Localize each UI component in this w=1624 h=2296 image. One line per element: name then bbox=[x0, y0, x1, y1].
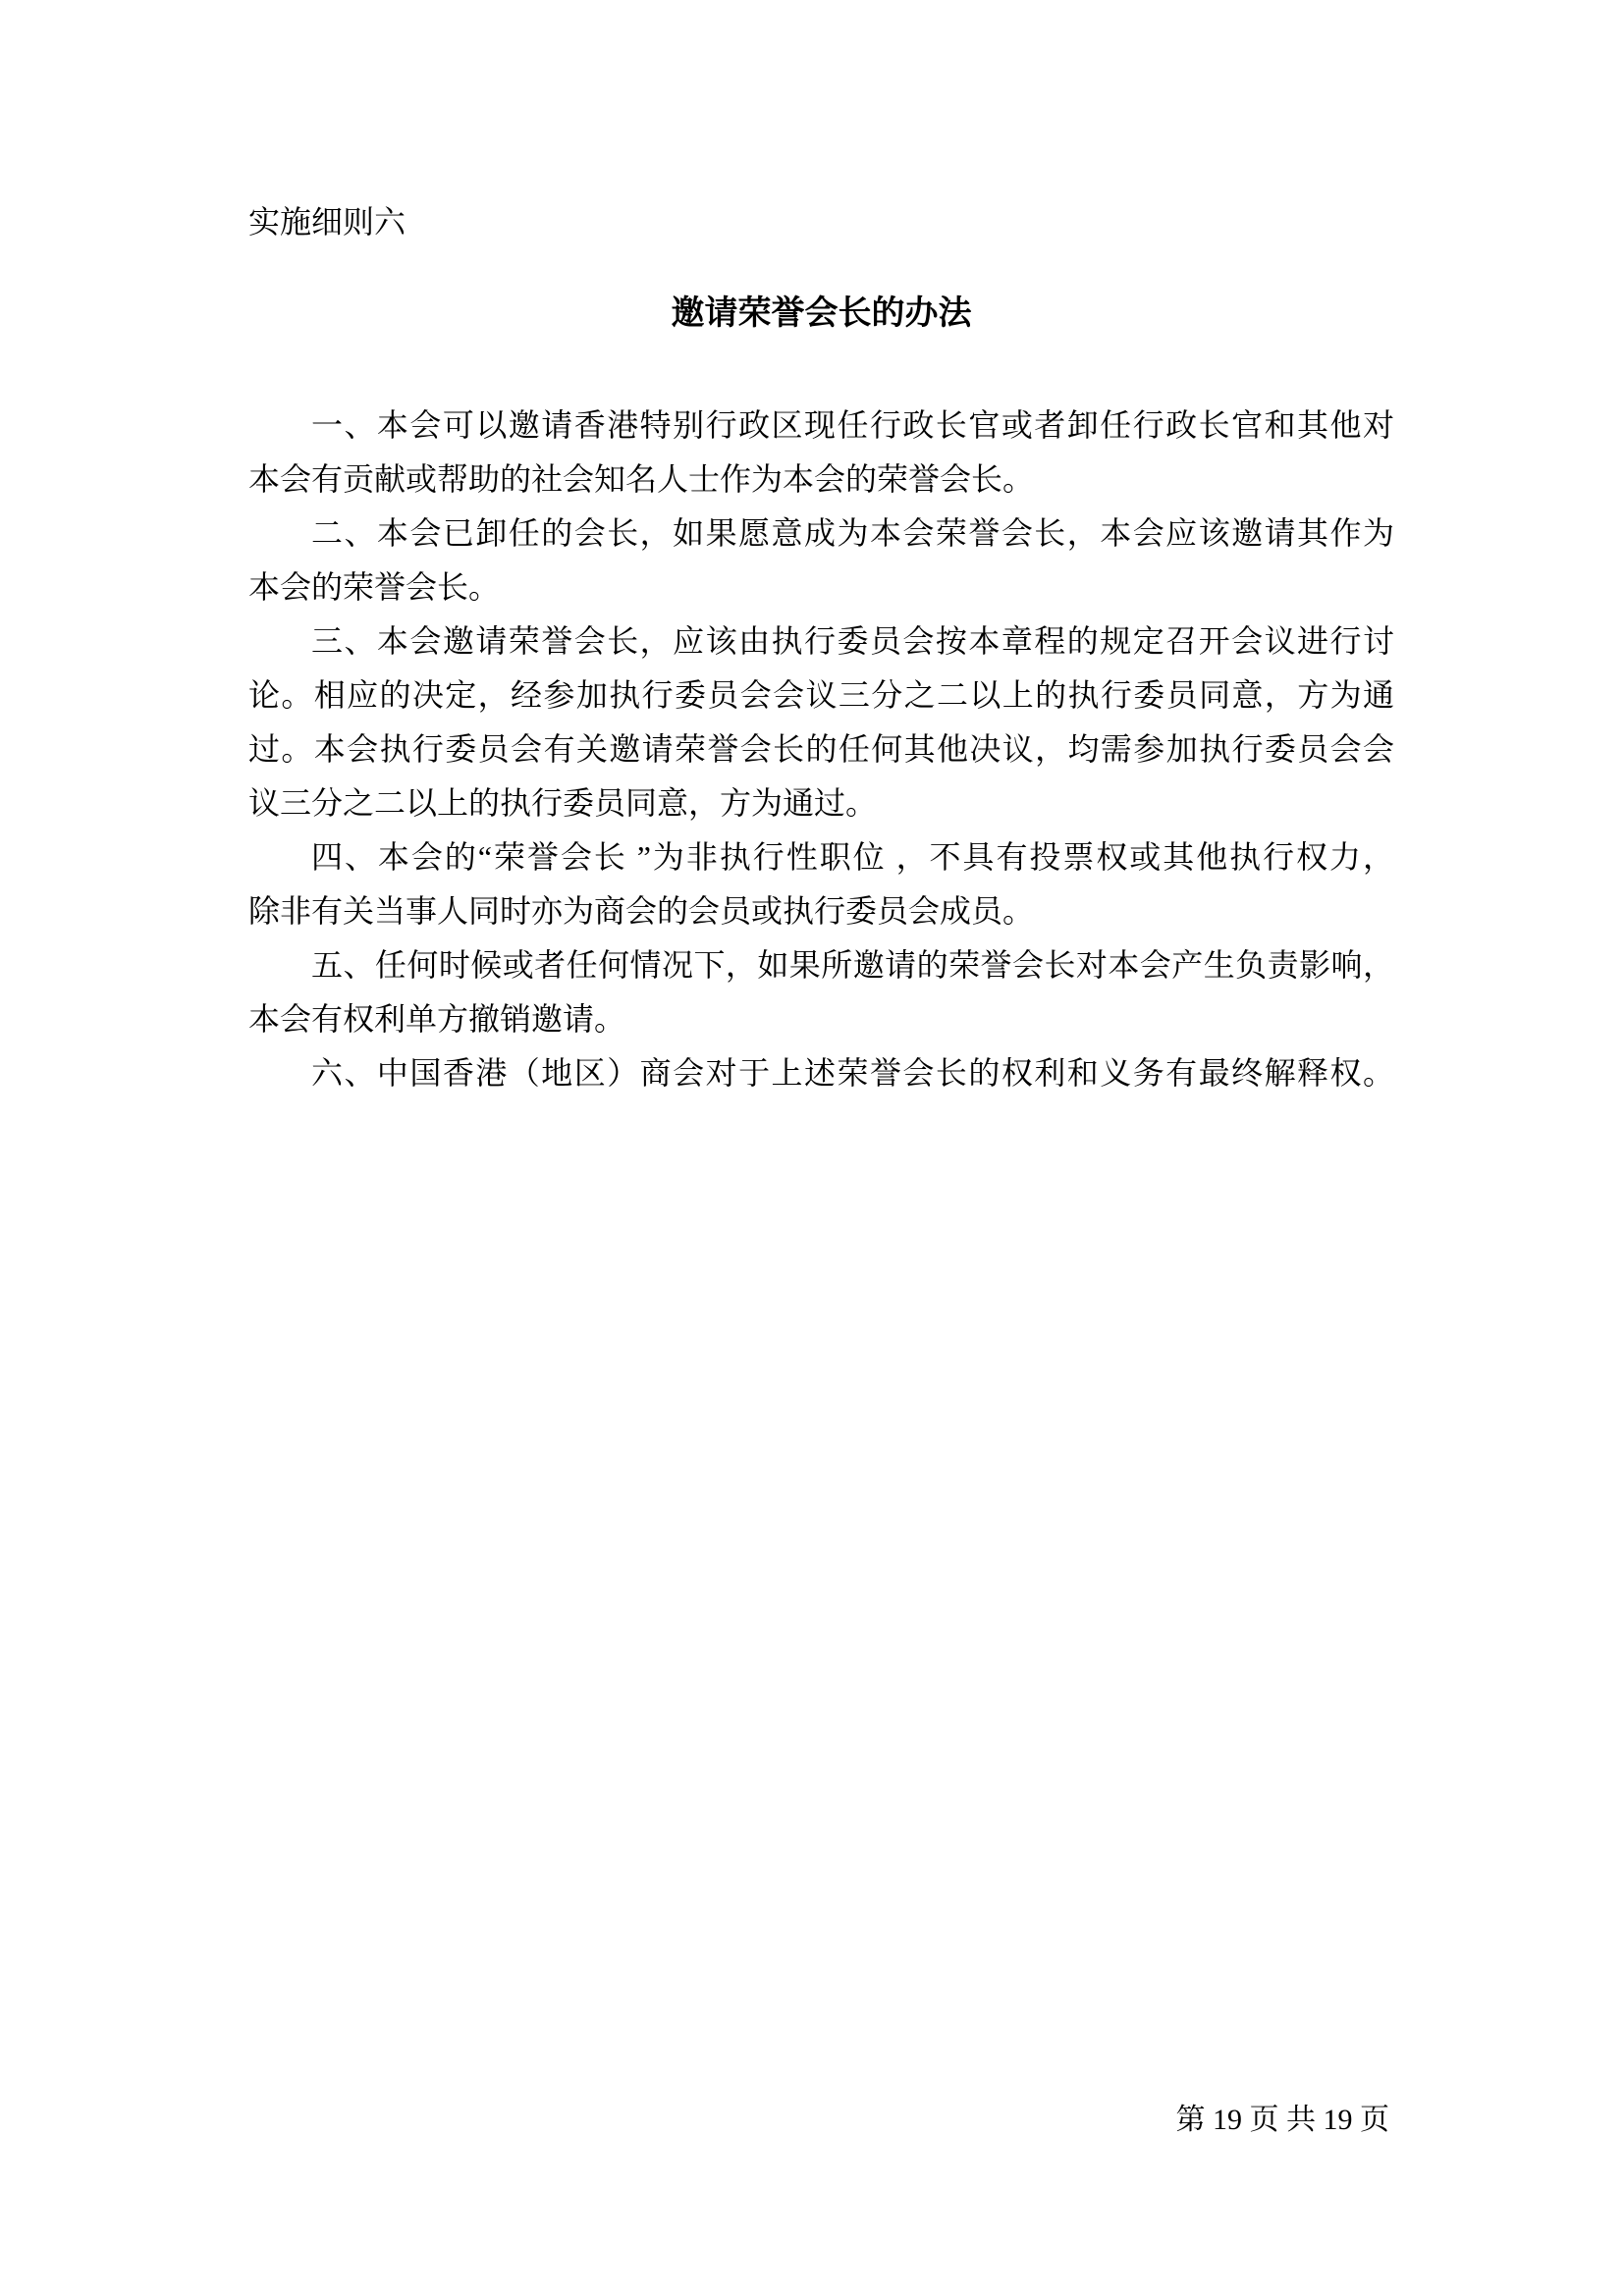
document-title: 邀请荣誉会长的办法 bbox=[248, 287, 1394, 341]
body-line: 一、本会可以邀请香港特别行政区现任行政长官或者卸任行政长官和其他对 bbox=[248, 399, 1394, 453]
document-body: 一、本会可以邀请香港特别行政区现任行政长官或者卸任行政长官和其他对 本会有贡献或… bbox=[248, 399, 1394, 1100]
body-line: 本会有贡献或帮助的社会知名人士作为本会的荣誉会长。 bbox=[248, 453, 1394, 507]
document-content: 实施细则六 邀请荣誉会长的办法 一、本会可以邀请香港特别行政区现任行政长官或者卸… bbox=[248, 195, 1394, 1100]
body-line: 三、本会邀请荣誉会长，应该由执行委员会按本章程的规定召开会议进行讨 bbox=[248, 614, 1394, 668]
body-line: 四、本会的“荣誉会长 ”为非执行性职位 ，不具有投票权或其他执行权力， bbox=[248, 830, 1394, 884]
body-line: 除非有关当事人同时亦为商会的会员或执行委员会成员。 bbox=[248, 884, 1394, 938]
section-heading: 实施细则六 bbox=[248, 195, 1394, 249]
body-line: 六、中国香港（地区）商会对于上述荣誉会长的权利和义务有最终解释权。 bbox=[248, 1046, 1394, 1100]
body-line: 过。本会执行委员会有关邀请荣誉会长的任何其他决议，均需参加执行委员会会 bbox=[248, 722, 1394, 776]
document-page: 实施细则六 邀请荣誉会长的办法 一、本会可以邀请香港特别行政区现任行政长官或者卸… bbox=[0, 0, 1624, 2296]
body-line: 议三分之二以上的执行委员同意，方为通过。 bbox=[248, 776, 1394, 830]
body-line: 本会有权利单方撤销邀请。 bbox=[248, 992, 1394, 1046]
page-number: 第 19 页 共 19 页 bbox=[1176, 2103, 1390, 2138]
body-line: 五、任何时候或者任何情况下，如果所邀请的荣誉会长对本会产生负责影响， bbox=[248, 938, 1394, 992]
body-line: 二、本会已卸任的会长，如果愿意成为本会荣誉会长，本会应该邀请其作为 bbox=[248, 507, 1394, 561]
body-line: 论。相应的决定，经参加执行委员会会议三分之二以上的执行委员同意，方为通 bbox=[248, 668, 1394, 722]
body-line: 本会的荣誉会长。 bbox=[248, 561, 1394, 614]
